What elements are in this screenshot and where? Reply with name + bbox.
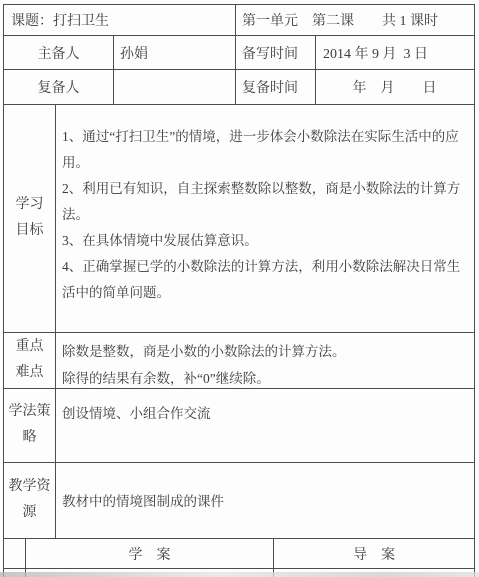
review-time-label: 复备时间 — [236, 70, 320, 103]
prepare-time-label: 备写时间 — [236, 36, 320, 69]
grid-vline-right-border — [474, 4, 475, 577]
xuean-column-header: 学 案 — [26, 539, 273, 568]
strategy-content: 创设情境、小组合作交流 — [62, 401, 468, 427]
prepare-time-value: 2014 年 9 月 3 日 — [316, 36, 479, 69]
strategy-text: 创设情境、小组合作交流 — [62, 401, 468, 427]
keypoints-label-line1: 重点 — [16, 334, 44, 360]
lesson-plan-document: 课题：打扫卫生 第一单元 第二课 共 1 课时 主备人 孙娟 2014 年 9 … — [0, 0, 479, 577]
objectives-label-line2: 目标 — [16, 218, 44, 244]
strategy-label-line2: 略 — [23, 425, 37, 451]
resources-label-line2: 源 — [23, 500, 37, 526]
co-preparer-label: 复备人 — [4, 70, 113, 103]
objectives-label-line1: 学习 — [16, 192, 44, 218]
objective-item: 4、正确掌握已学的小数除法的计算方法，利用小数除法解决日常生活中的简单问题。 — [62, 254, 468, 306]
review-time-value: 年 月 日 — [316, 70, 473, 103]
objectives-label: 学习 目标 — [4, 104, 55, 332]
strategy-label-line1: 学法策 — [9, 399, 51, 425]
grid-hline-objectives-bottom — [3, 332, 475, 333]
grid-hline-footer-bottom — [3, 568, 475, 569]
keypoint-item: 除数是整数，商是小数的小数除法的计算方法。 — [62, 338, 468, 365]
keypoints-label-line2: 难点 — [16, 360, 44, 386]
grid-hline-row3-bottom — [3, 104, 475, 105]
objective-item: 1、通过“打扫卫生”的情境，进一步体会小数除法在实际生活中的应用。 — [62, 124, 468, 176]
daoan-column-header: 导 案 — [274, 539, 474, 568]
co-preparer-value — [114, 70, 240, 103]
objectives-content: 1、通过“打扫卫生”的情境，进一步体会小数除法在实际生活中的应用。 2、利用已有… — [62, 124, 468, 306]
resources-label: 教学资 源 — [4, 462, 55, 538]
unit-lesson-info: 第一单元 第二课 共 1 课时 — [236, 5, 479, 35]
strategy-label: 学法策 略 — [4, 388, 55, 462]
resources-content: 教材中的情境图制成的课件 — [62, 462, 468, 538]
objective-item: 3、在具体情境中发展估算意识。 — [62, 228, 468, 254]
main-preparer-label: 主备人 — [4, 36, 113, 69]
main-preparer-value: 孙娟 — [114, 36, 240, 69]
keypoints-label: 重点 难点 — [4, 332, 55, 388]
scan-edge-shadow — [0, 572, 479, 577]
keypoint-item: 除得的结果有余数，补“0”继续除。 — [62, 365, 468, 392]
footer-margin-cell — [4, 539, 25, 568]
keypoints-content: 除数是整数，商是小数的小数除法的计算方法。 除得的结果有余数，补“0”继续除。 — [62, 338, 468, 392]
resources-label-line1: 教学资 — [9, 474, 51, 500]
page-title: 课题：打扫卫生 — [4, 5, 241, 35]
objective-item: 2、利用已有知识，自主探索整数除以整数，商是小数除法的计算方法。 — [62, 176, 468, 228]
grid-vline-label-column — [55, 104, 56, 538]
